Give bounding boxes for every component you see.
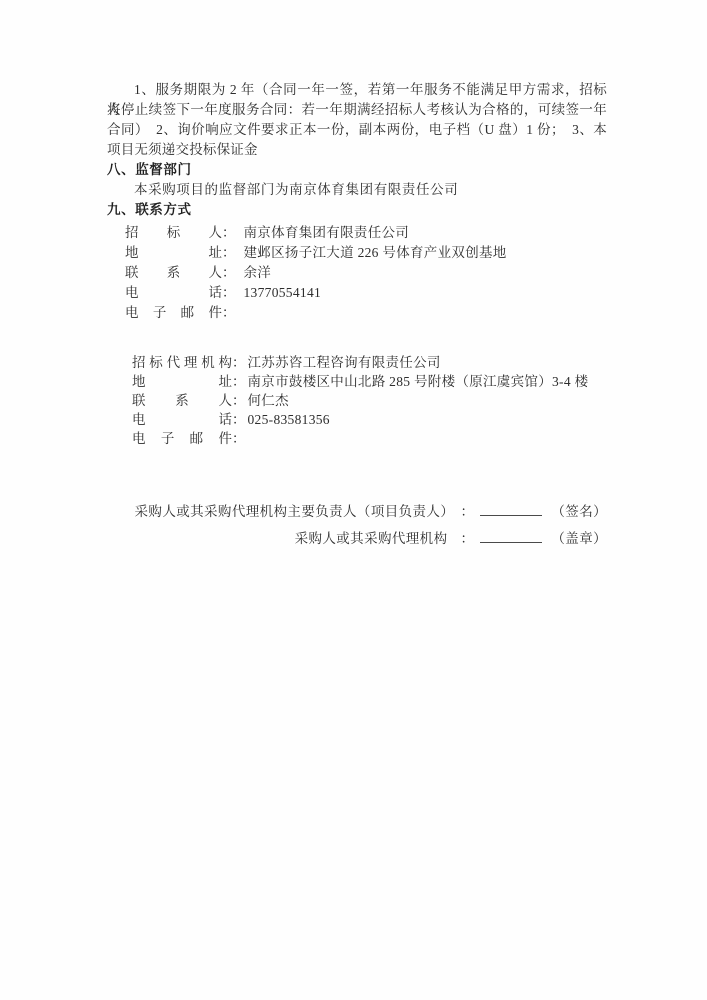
- contact-label: 电话: [125, 283, 222, 303]
- contact-row-agency-phone: 电话：025-83581356: [132, 410, 607, 429]
- tenderer-contact-block: 招标人：南京体育集团有限责任公司 地址：建邺区扬子江大道 226 号体育产业双创…: [125, 223, 607, 323]
- contact-label: 联系人: [132, 391, 232, 410]
- contact-value: 建邺区扬子江大道 226 号体育产业双创基地: [244, 245, 507, 260]
- contact-value: 025-83581356: [248, 412, 330, 427]
- contact-label: 招标人: [125, 223, 222, 243]
- terms-line-2: 将停止续签下一年度服务合同：若一年期满经招标人考核认为合格的，可续签一年: [107, 100, 607, 120]
- label-colon: ：: [222, 263, 236, 283]
- contact-row-tenderer-address: 地址：建邺区扬子江大道 226 号体育产业双创基地: [125, 243, 607, 263]
- contact-value: 何仁杰: [248, 393, 289, 408]
- contact-value: 江苏苏咨工程咨询有限责任公司: [248, 355, 441, 370]
- signature-suffix: （盖章）: [551, 531, 607, 546]
- label-colon: ：: [232, 391, 246, 410]
- label-colon: ：: [222, 243, 236, 263]
- supervision-paragraph: 本采购项目的监督部门为南京体育集团有限责任公司: [107, 180, 607, 200]
- contact-row-tenderer-email: 电子邮件：: [125, 303, 607, 323]
- label-colon: ：: [232, 410, 246, 429]
- contact-label: 电子邮件: [125, 303, 222, 323]
- signature-line-responsible-person: 采购人或其采购代理机构主要负责人（项目负责人）：（签名）: [107, 502, 607, 522]
- agency-contact-block: 招标代理机构：江苏苏咨工程咨询有限责任公司 地址：南京市鼓楼区中山北路 285 …: [132, 353, 607, 448]
- contact-row-tenderer-person: 联系人：余洋: [125, 263, 607, 283]
- label-colon: ：: [222, 223, 236, 243]
- document-content: 1、服务期限为 2 年（合同一年一签，若第一年服务不能满足甲方需求，招标人 将停…: [107, 80, 607, 549]
- contact-row-agency-address: 地址：南京市鼓楼区中山北路 285 号附楼（原江虞宾馆）3-4 楼: [132, 372, 607, 391]
- label-colon: ：: [222, 303, 236, 323]
- terms-line-1: 1、服务期限为 2 年（合同一年一签，若第一年服务不能满足甲方需求，招标人: [107, 80, 607, 100]
- contact-label: 电话: [132, 410, 232, 429]
- label-colon: ：: [232, 372, 246, 391]
- label-colon: ：: [232, 429, 246, 448]
- contact-value: 南京体育集团有限责任公司: [244, 225, 410, 240]
- signature-prefix: 采购人或其采购代理机构: [295, 531, 448, 546]
- contact-row-tenderer-name: 招标人：南京体育集团有限责任公司: [125, 223, 607, 243]
- signature-blank-line: [480, 503, 542, 516]
- terms-line-4: 项目无须递交投标保证金: [107, 140, 607, 160]
- contact-label: 地址: [125, 243, 222, 263]
- section-8-heading: 八、监督部门: [107, 160, 607, 180]
- signature-line-organization: 采购人或其采购代理机构：（盖章）: [107, 529, 607, 549]
- contact-row-agency-name: 招标代理机构：江苏苏咨工程咨询有限责任公司: [132, 353, 607, 372]
- terms-paragraph: 1、服务期限为 2 年（合同一年一签，若第一年服务不能满足甲方需求，招标人 将停…: [107, 80, 607, 160]
- document-page: 1、服务期限为 2 年（合同一年一签，若第一年服务不能满足甲方需求，招标人 将停…: [0, 0, 707, 1000]
- contact-value: 13770554141: [244, 285, 322, 300]
- signature-suffix: （签名）: [551, 504, 607, 519]
- signature-colon: ：: [460, 531, 474, 546]
- signature-prefix: 采购人或其采购代理机构主要负责人（项目负责人）: [135, 504, 448, 519]
- label-colon: ：: [222, 283, 236, 303]
- signature-colon: ：: [460, 504, 474, 519]
- signature-blank-line: [480, 530, 542, 543]
- label-colon: ：: [232, 353, 246, 372]
- terms-line-3: 合同） 2、询价响应文件要求正本一份，副本两份，电子档（U 盘）1 份； 3、本: [107, 120, 607, 140]
- contact-label: 招标代理机构: [132, 353, 232, 372]
- signature-area: 采购人或其采购代理机构主要负责人（项目负责人）：（签名） 采购人或其采购代理机构…: [107, 502, 607, 549]
- contact-value: 南京市鼓楼区中山北路 285 号附楼（原江虞宾馆）3-4 楼: [248, 374, 589, 389]
- contact-row-agency-person: 联系人：何仁杰: [132, 391, 607, 410]
- contact-label: 联系人: [125, 263, 222, 283]
- contact-row-tenderer-phone: 电话：13770554141: [125, 283, 607, 303]
- contact-row-agency-email: 电子邮件：: [132, 429, 607, 448]
- contact-value: 余洋: [244, 265, 272, 280]
- contact-label: 电子邮件: [132, 429, 232, 448]
- contact-label: 地址: [132, 372, 232, 391]
- section-9-heading: 九、联系方式: [107, 200, 607, 220]
